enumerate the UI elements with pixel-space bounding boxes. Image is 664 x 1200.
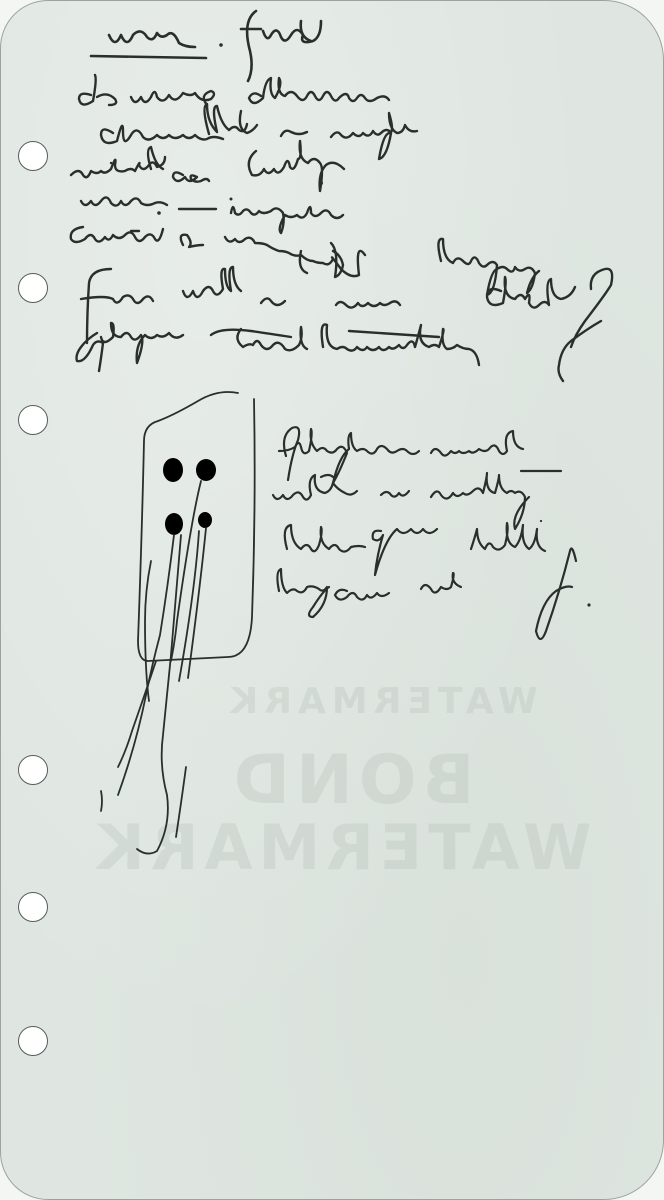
note-line: from wall or some kind of	[76, 273, 466, 308]
binder-hole	[18, 273, 48, 303]
annotation-line: holes from which	[273, 521, 535, 556]
watermark-line: BOND	[201, 741, 501, 820]
notebook-page: WATERMARK BOND WATERMARK work - first do…	[0, 0, 664, 1200]
binder-hole	[18, 141, 48, 171]
binder-hole	[18, 892, 48, 922]
note-line: do wires aluminum	[86, 71, 377, 106]
binder-hole	[18, 755, 48, 785]
watermark-line: WATERMARK	[41, 811, 641, 884]
note-line: connect a unconnected hanging	[69, 231, 555, 266]
note-line: uneven. - irregular	[79, 196, 365, 231]
annotation-line: rubber or something	[273, 471, 588, 506]
binder-hole	[18, 405, 48, 435]
note-line: plaque that connects to the	[71, 326, 488, 361]
annotation-line: they come out of.	[273, 566, 536, 601]
note-line: cheese cloth or rougher	[96, 113, 460, 148]
note-heading: work - first	[116, 13, 283, 48]
annotation-line: fibre glass around	[273, 426, 549, 461]
note-line: material as burlap.	[71, 153, 360, 188]
watermark-line: WATERMARK	[201, 681, 561, 722]
binder-hole	[18, 1026, 48, 1056]
